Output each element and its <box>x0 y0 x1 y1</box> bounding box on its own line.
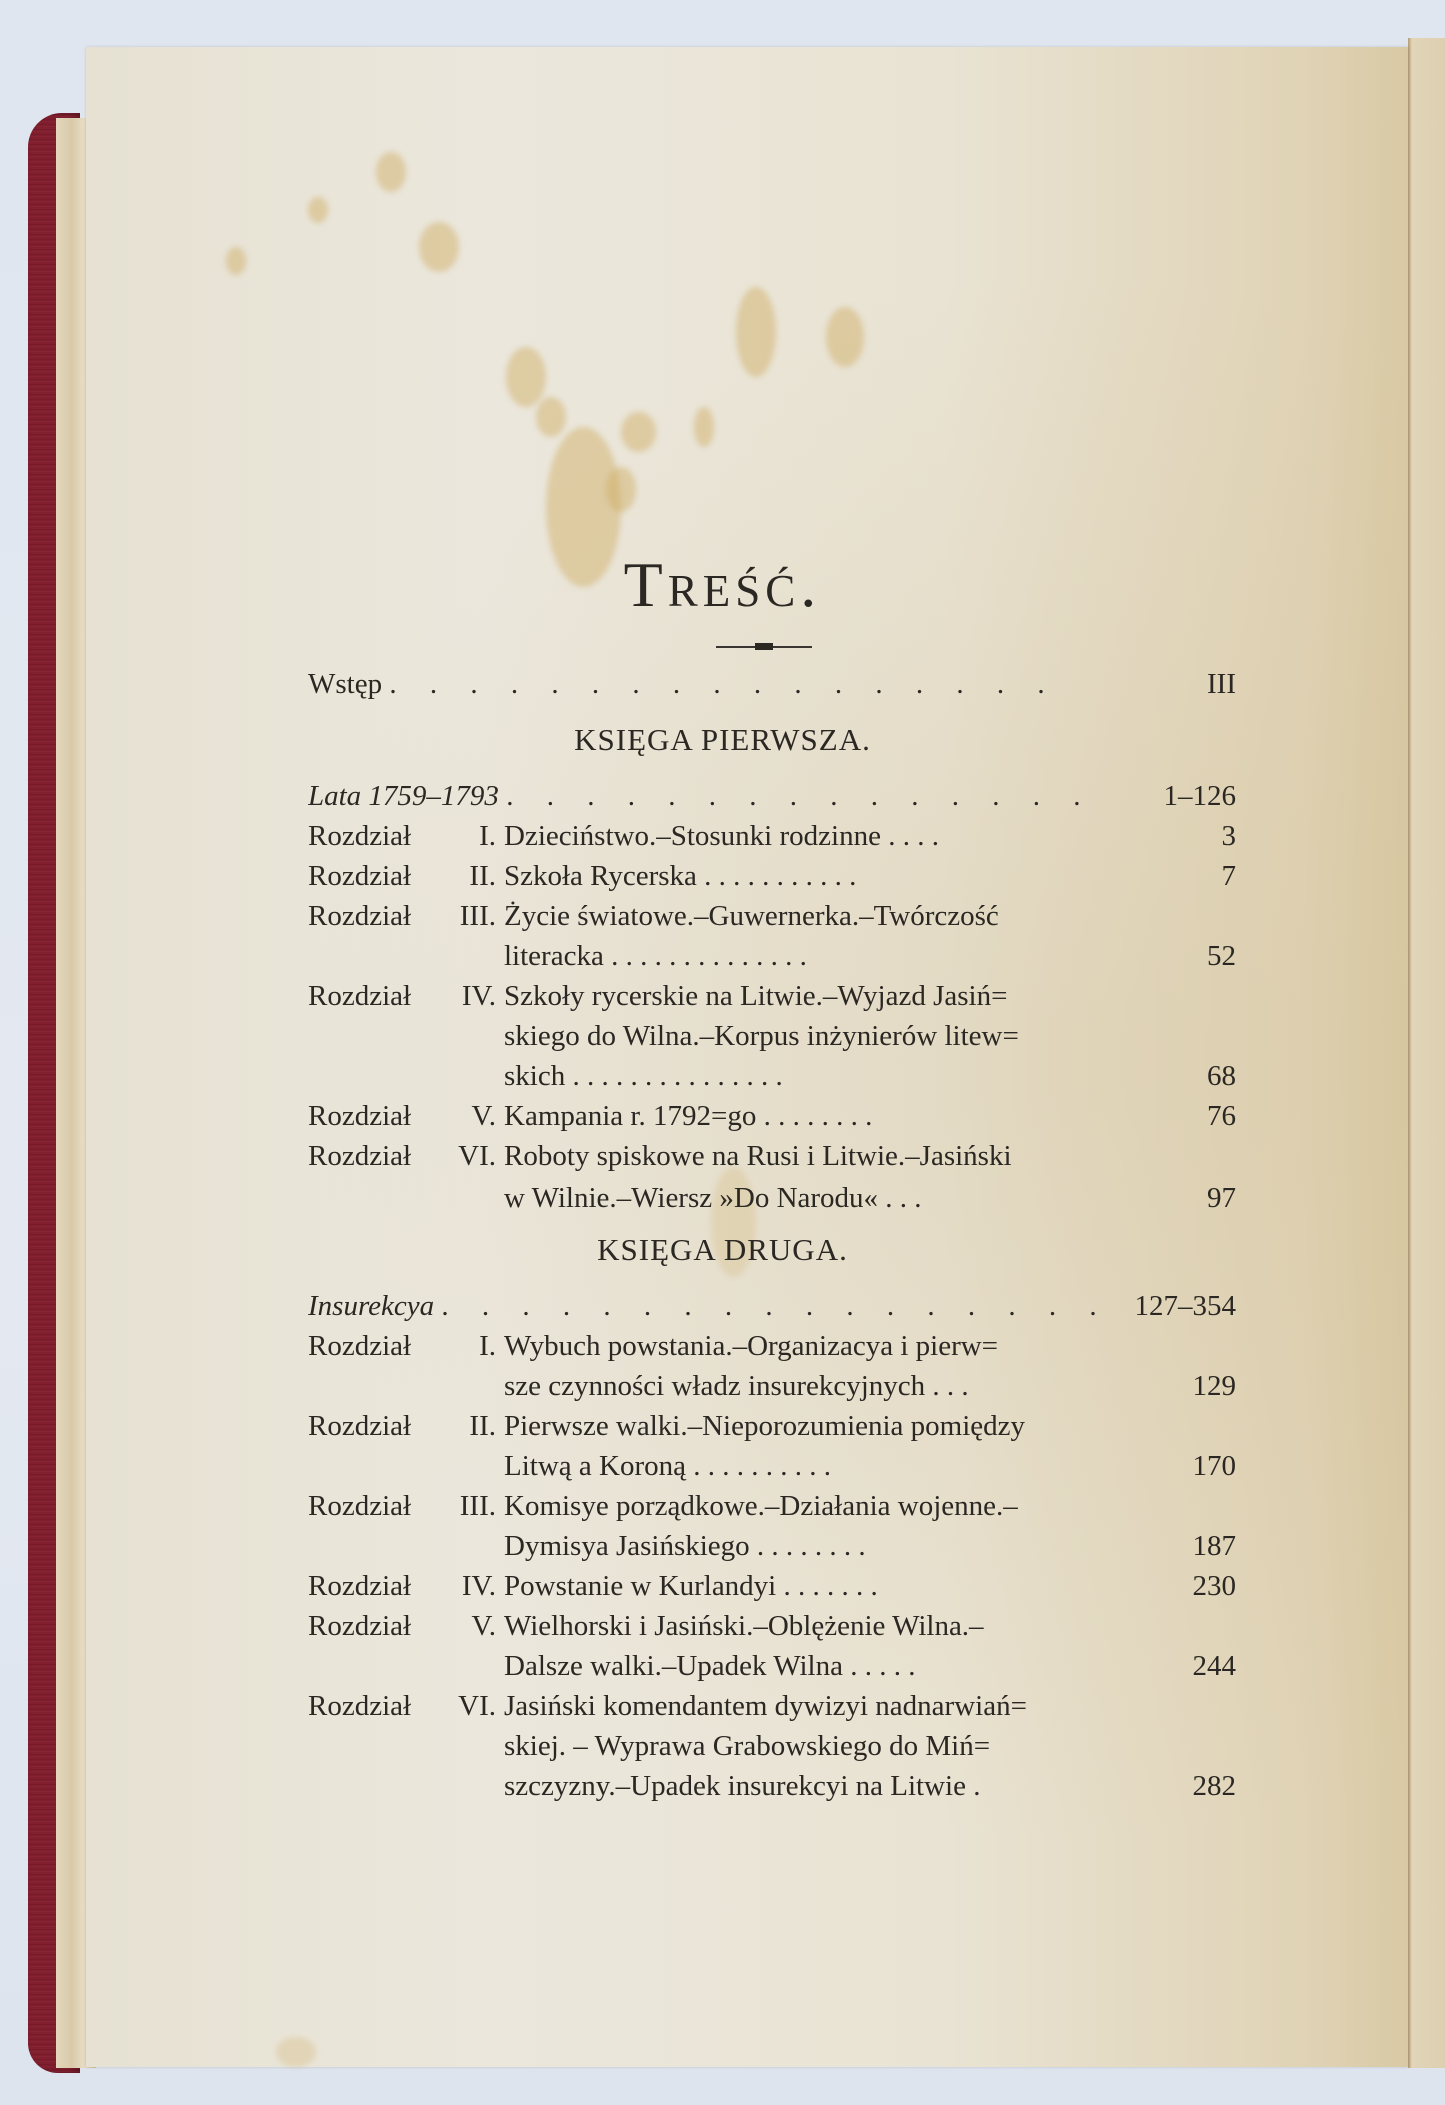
chapter-title: Szkoły rycerskie na Litwie.–Wyjazd Jasiń… <box>504 978 1156 1014</box>
chapter-numeral: IV. <box>462 1568 496 1604</box>
toc-chapter: RozdziałV. Kampania r. 1792=go . . . . .… <box>308 1098 1236 1134</box>
chapter-title: Kampania r. 1792=go . . . . . . . . <box>504 1098 1156 1134</box>
toc-chapter: RozdziałIV. Szkoły rycerskie na Litwie.–… <box>308 978 1236 1014</box>
toc-chapter: RozdziałII. Pierwsze walki.–Nieporozumie… <box>308 1408 1236 1444</box>
book-heading: KSIĘGA PIERWSZA. <box>0 722 1445 758</box>
chapter-title-line: szczyzny.–Upadek insurekcyi na Litwie . <box>504 1768 1156 1804</box>
chapter-numeral: VI. <box>458 1138 496 1174</box>
chapter-title-line: skich . . . . . . . . . . . . . . . <box>504 1058 1156 1094</box>
page-number: 129 <box>1156 1368 1236 1404</box>
chapter-numeral: III. <box>460 1488 496 1524</box>
toc-chapter-continuation: sze czynności władz insurekcyjnych . . .… <box>308 1368 1236 1404</box>
chapter-numeral: V. <box>472 1098 496 1134</box>
toc-chapter-continuation: skiego do Wilna.–Korpus inżynierów litew… <box>308 1018 1236 1054</box>
chapter-numeral: VI. <box>458 1688 496 1724</box>
toc-chapter-continuation: Dalsze walki.–Upadek Wilna . . . . . 244 <box>308 1648 1236 1684</box>
table-of-contents: Treść. Wstęp . . . . . . . . . . . . . .… <box>0 0 1445 2105</box>
chapter-title-line: Dymisya Jasińskiego . . . . . . . . <box>504 1528 1156 1564</box>
chapter-label: Rozdział <box>308 1488 411 1524</box>
chapter-title: Komisye porządkowe.–Działania wojenne.– <box>504 1488 1156 1524</box>
chapter-title-line: skiej. – Wyprawa Grabowskiego do Miń= <box>504 1728 1156 1764</box>
chapter-numeral: IV. <box>462 978 496 1014</box>
page-number: 76 <box>1156 1098 1236 1134</box>
toc-chapter: RozdziałV. Wielhorski i Jasiński.–Oblęże… <box>308 1608 1236 1644</box>
toc-chapter-continuation: szczyzny.–Upadek insurekcyi na Litwie . … <box>308 1768 1236 1804</box>
page-range: 127–354 <box>1125 1288 1237 1324</box>
period-title: Lata 1759–1793 <box>308 780 499 812</box>
chapter-title-line: w Wilnie.–Wiersz »Do Narodu« . . . <box>504 1180 1156 1216</box>
toc-chapter: RozdziałI. Dzieciństwo.–Stosunki rodzinn… <box>308 818 1236 854</box>
page-number: 230 <box>1156 1568 1236 1604</box>
toc-chapter-continuation: literacka . . . . . . . . . . . . . . 52 <box>308 938 1236 974</box>
chapter-numeral: III. <box>460 898 496 934</box>
chapter-label: Rozdział <box>308 1568 411 1604</box>
period-title: Insurekcya <box>308 1290 434 1322</box>
chapter-title: Wybuch powstania.–Organizacya i pierw= <box>504 1328 1156 1364</box>
chapter-label: Rozdział <box>308 978 411 1014</box>
leader-dots: . . . . . . . . . . . . . . . . . <box>441 1290 1109 1322</box>
page-number: 170 <box>1156 1448 1236 1484</box>
toc-period: Insurekcya . . . . . . . . . . . . . . .… <box>308 1288 1236 1324</box>
chapter-title: Wielhorski i Jasiński.–Oblężenie Wilna.– <box>504 1608 1156 1644</box>
toc-chapter-continuation: skiej. – Wyprawa Grabowskiego do Miń= <box>308 1728 1236 1764</box>
toc-chapter: RozdziałVI. Roboty spiskowe na Rusi i Li… <box>308 1138 1236 1174</box>
chapter-label: Rozdział <box>308 1138 411 1174</box>
toc-chapter-continuation: Dymisya Jasińskiego . . . . . . . . 187 <box>308 1528 1236 1564</box>
entry-title: Wstęp <box>308 668 382 700</box>
chapter-title: Powstanie w Kurlandyi . . . . . . . <box>504 1568 1156 1604</box>
leader-dots: . . . . . . . . . . . . . . . . . <box>389 668 1057 700</box>
chapter-title: Szkoła Rycerska . . . . . . . . . . . <box>504 858 1156 894</box>
page-title: Treść. <box>0 548 1445 622</box>
book-heading: KSIĘGA DRUGA. <box>0 1232 1445 1268</box>
chapter-label: Rozdział <box>308 818 411 854</box>
page-number: 97 <box>1156 1180 1236 1216</box>
chapter-label: Rozdział <box>308 858 411 894</box>
chapter-label: Rozdział <box>308 1688 411 1724</box>
chapter-title-line: Litwą a Koroną . . . . . . . . . . <box>504 1448 1156 1484</box>
chapter-numeral: V. <box>472 1608 496 1644</box>
toc-chapter-continuation: Litwą a Koroną . . . . . . . . . . 170 <box>308 1448 1236 1484</box>
page-number: 244 <box>1156 1648 1236 1684</box>
chapter-title: Życie światowe.–Guwernerka.–Twórczość <box>504 898 1156 934</box>
toc-chapter: RozdziałVI. Jasiński komendantem dywizyi… <box>308 1688 1236 1724</box>
chapter-label: Rozdział <box>308 1408 411 1444</box>
chapter-title-line: skiego do Wilna.–Korpus inżynierów litew… <box>504 1018 1156 1054</box>
chapter-title: Dzieciństwo.–Stosunki rodzinne . . . . <box>504 818 1156 854</box>
toc-chapter: RozdziałIII. Komisye porządkowe.–Działan… <box>308 1488 1236 1524</box>
chapter-label: Rozdział <box>308 1608 411 1644</box>
chapter-title-line: Dalsze walki.–Upadek Wilna . . . . . <box>504 1648 1156 1684</box>
chapter-title: Pierwsze walki.–Nieporozumienia pomiędzy <box>504 1408 1156 1444</box>
chapter-label: Rozdział <box>308 1328 411 1364</box>
chapter-numeral: II. <box>469 858 496 894</box>
title-ornament-rule <box>716 646 812 648</box>
page-number: 3 <box>1156 818 1236 854</box>
toc-chapter-continuation: skich . . . . . . . . . . . . . . . 68 <box>308 1058 1236 1094</box>
leader-dots: . . . . . . . . . . . . . . . <box>506 780 1093 812</box>
chapter-title-line: sze czynności władz insurekcyjnych . . . <box>504 1368 1156 1404</box>
chapter-title: Roboty spiskowe na Rusi i Litwie.–Jasińs… <box>504 1138 1156 1174</box>
chapter-numeral: II. <box>469 1408 496 1444</box>
toc-chapter: RozdziałII. Szkoła Rycerska . . . . . . … <box>308 858 1236 894</box>
chapter-numeral: I. <box>479 818 496 854</box>
chapter-label: Rozdział <box>308 1098 411 1134</box>
page-number: 282 <box>1156 1768 1236 1804</box>
toc-chapter-continuation: w Wilnie.–Wiersz »Do Narodu« . . . 97 <box>308 1180 1236 1216</box>
toc-entry-intro: Wstęp . . . . . . . . . . . . . . . . . … <box>308 666 1236 702</box>
page-number: 52 <box>1156 938 1236 974</box>
page-number: III <box>1156 666 1236 702</box>
toc-chapter: RozdziałI. Wybuch powstania.–Organizacya… <box>308 1328 1236 1364</box>
page-number: 68 <box>1156 1058 1236 1094</box>
page-number: 187 <box>1156 1528 1236 1564</box>
chapter-title-line: literacka . . . . . . . . . . . . . . <box>504 938 1156 974</box>
chapter-numeral: I. <box>479 1328 496 1364</box>
toc-chapter: RozdziałIII. Życie światowe.–Guwernerka.… <box>308 898 1236 934</box>
page-number: 7 <box>1156 858 1236 894</box>
toc-chapter: RozdziałIV. Powstanie w Kurlandyi . . . … <box>308 1568 1236 1604</box>
chapter-title: Jasiński komendantem dywizyi nadnarwiań= <box>504 1688 1156 1724</box>
page-range: 1–126 <box>1154 778 1237 814</box>
toc-period: Lata 1759–1793 . . . . . . . . . . . . .… <box>308 778 1236 814</box>
chapter-label: Rozdział <box>308 898 411 934</box>
